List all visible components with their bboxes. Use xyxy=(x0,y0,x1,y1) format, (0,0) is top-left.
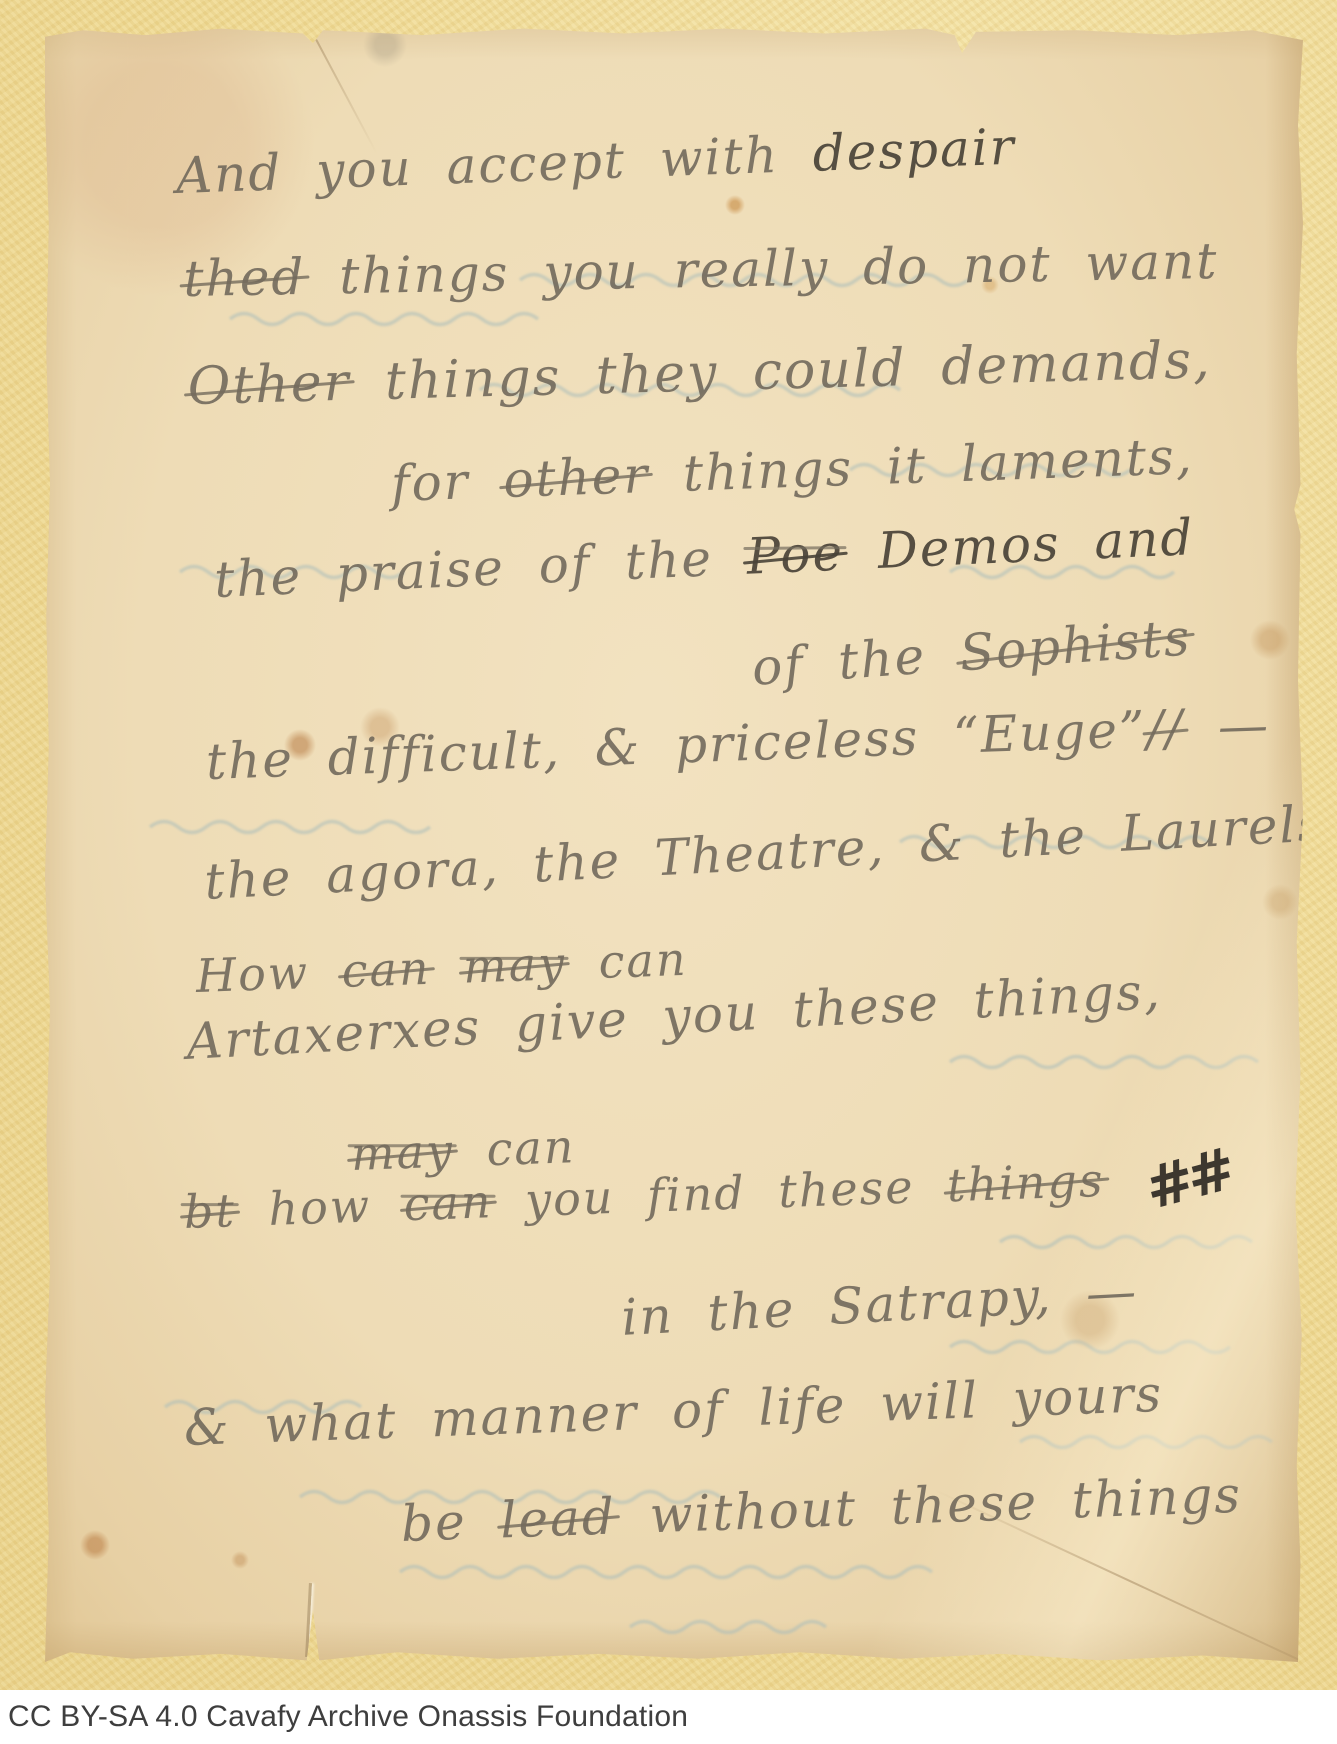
struck-word: can xyxy=(341,941,432,998)
struck-word: may xyxy=(462,936,567,994)
struck-word: thed xyxy=(183,248,306,308)
struck-word: may xyxy=(350,1123,455,1181)
struck-word: // xyxy=(1145,699,1185,758)
handwritten-word: for xyxy=(390,451,504,513)
handwritten-word: — xyxy=(1183,696,1271,757)
struck-word: Other xyxy=(187,353,351,417)
manuscript-paper: And you accept with despairthed things y… xyxy=(45,27,1303,1662)
struck-word: things xyxy=(946,1153,1105,1212)
handwritten-word: How xyxy=(195,944,343,1003)
ghost-writing-stroke xyxy=(950,1057,1258,1068)
ghost-writing-stroke xyxy=(150,822,430,833)
ghost-writing-stroke xyxy=(950,1342,1230,1353)
caption-bar: CC BY-SA 4.0 Cavafy Archive Onassis Foun… xyxy=(0,1690,1337,1744)
handwritten-word: be xyxy=(400,1492,501,1553)
struck-word: lead xyxy=(499,1487,616,1549)
struck-word: other xyxy=(502,446,650,509)
page: { "manuscript": { "lines": [ { "segments… xyxy=(0,0,1337,1744)
license-caption: CC BY-SA 4.0 Cavafy Archive Onassis Foun… xyxy=(8,1700,688,1734)
handwritten-word: can xyxy=(453,1119,576,1177)
handwritten-word: how xyxy=(235,1177,405,1237)
handwritten-word: can xyxy=(565,932,688,990)
ghost-writing-stroke xyxy=(1000,1237,1252,1248)
struck-word: can xyxy=(403,1174,494,1231)
ghost-writing-stroke xyxy=(1020,1437,1272,1448)
handwritten-word: despair xyxy=(812,118,1017,183)
struck-word: Poe xyxy=(745,524,845,586)
ghost-writing-stroke xyxy=(400,1567,932,1578)
ghost-writing-stroke xyxy=(230,314,538,325)
ghost-writing-stroke xyxy=(630,1622,826,1633)
struck-word: bt xyxy=(183,1183,237,1239)
handwritten-word xyxy=(429,940,463,995)
